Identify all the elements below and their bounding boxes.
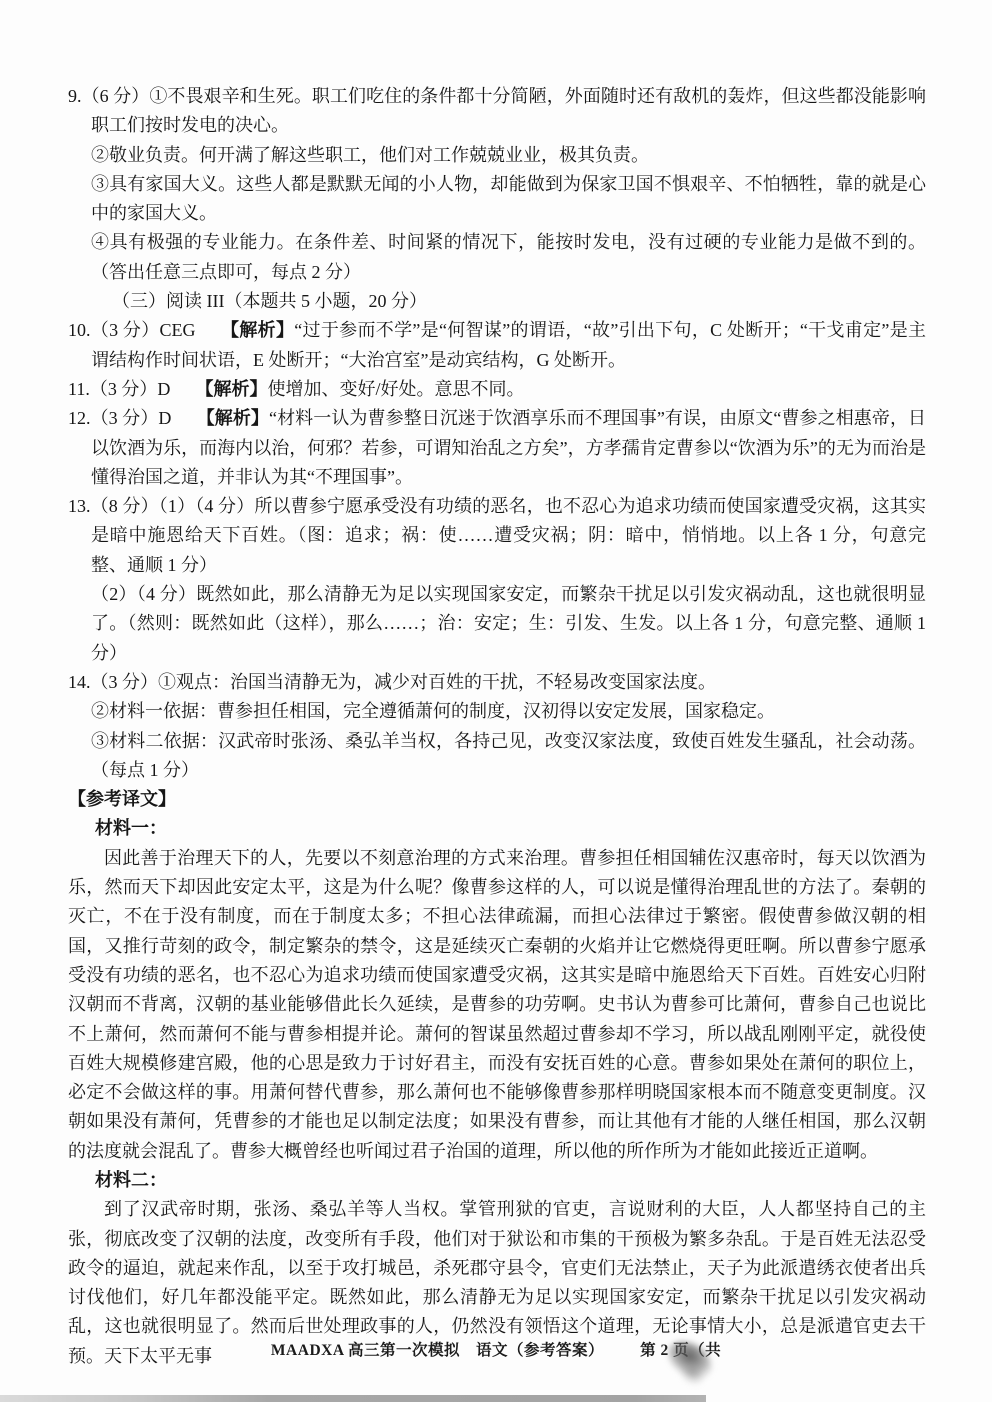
answer-13-part2: （2）（4 分）既然如此，那么清静无为足以实现国家安定，而繁杂干扰足以引发灾祸动… [68,580,926,668]
answer-9-main: 9.（6 分）①不畏艰辛和生死。职工们吃住的条件都十分简陋，外面随时还有敌机的轰… [68,82,926,141]
analysis-label: 【解析】 [221,320,295,340]
material-2-label: 材料二： [68,1166,926,1195]
answer-13-part1: 13.（8 分）（1）（4 分）所以曹参宁愿承受没有功绩的恶名，也不忍心为追求功… [68,492,926,580]
footer-exam-title: MAADXA 高三第一次模拟 [271,1342,460,1359]
answer-document-body: 9.（6 分）①不畏艰辛和生死。职工们吃住的条件都十分简陋，外面随时还有敌机的轰… [68,82,926,1371]
answer-12-prefix: 12.（3 分）D [68,408,171,428]
section-heading-reading-3: （三）阅读 III（本题共 5 小题，20 分） [68,287,926,316]
scan-edge-artifact [0,1395,706,1402]
answer-11-analysis: 使增加、变好/好处。意思不同。 [268,379,525,399]
analysis-label: 【解析】 [197,408,269,428]
answer-9-point4: ④具有极强的专业能力。在条件差、时间紧的情况下，能按时发电，没有过硬的专业能力是… [68,228,926,287]
answer-14-point3: ③材料二依据：汉武帝时张汤、桑弘羊当权，各持己见，改变汉家法度，致使百姓发生骚乱… [68,727,926,786]
answer-10: 10.（3 分）CEG【解析】“过于参而不学”是“何智谋”的谓语，“故”引出下句… [68,316,926,375]
answer-11: 11.（3 分）D【解析】使增加、变好/好处。意思不同。 [68,375,926,404]
page-footer: MAADXA 高三第一次模拟语文（参考答案）第 2 页（共 [0,1338,992,1360]
material-1-translation: 因此善于治理天下的人，先要以不刻意治理的方式来治理。曹参担任相国辅佐汉惠帝时，每… [68,844,926,1166]
reference-translation-heading: 【参考译文】 [68,785,926,814]
answer-11-prefix: 11.（3 分）D [68,379,170,399]
answer-10-prefix: 10.（3 分）CEG [68,320,196,340]
material-1-label: 材料一： [68,814,926,843]
answer-14-point1: 14.（3 分）①观点：治国当清静无为，减少对百姓的干扰，不轻易改变国家法度。 [68,668,926,697]
answer-9-point2: ②敬业负责。何开满了解这些职工，他们对工作兢兢业业，极其负责。 [68,141,926,170]
answer-12: 12.（3 分）D【解析】“材料一认为曹参整日沉迷于饮酒享乐而不理国事”有误，由… [68,404,926,492]
answer-10-analysis: “过于参而不学”是“何智谋”的谓语，“故”引出下句，C 处断开；“干戈甫定”是主… [91,320,926,369]
analysis-label: 【解析】 [196,379,268,399]
answer-14-point2: ②材料一依据：曹参担任相国，完全遵循萧何的制度，汉初得以安定发展，国家稳定。 [68,697,926,726]
footer-subject: 语文（参考答案） [476,1342,604,1359]
answer-9-point3: ③具有家国大义。这些人都是默默无闻的小人物，却能做到为保家卫国不惧艰辛、不怕牺牲… [68,170,926,229]
